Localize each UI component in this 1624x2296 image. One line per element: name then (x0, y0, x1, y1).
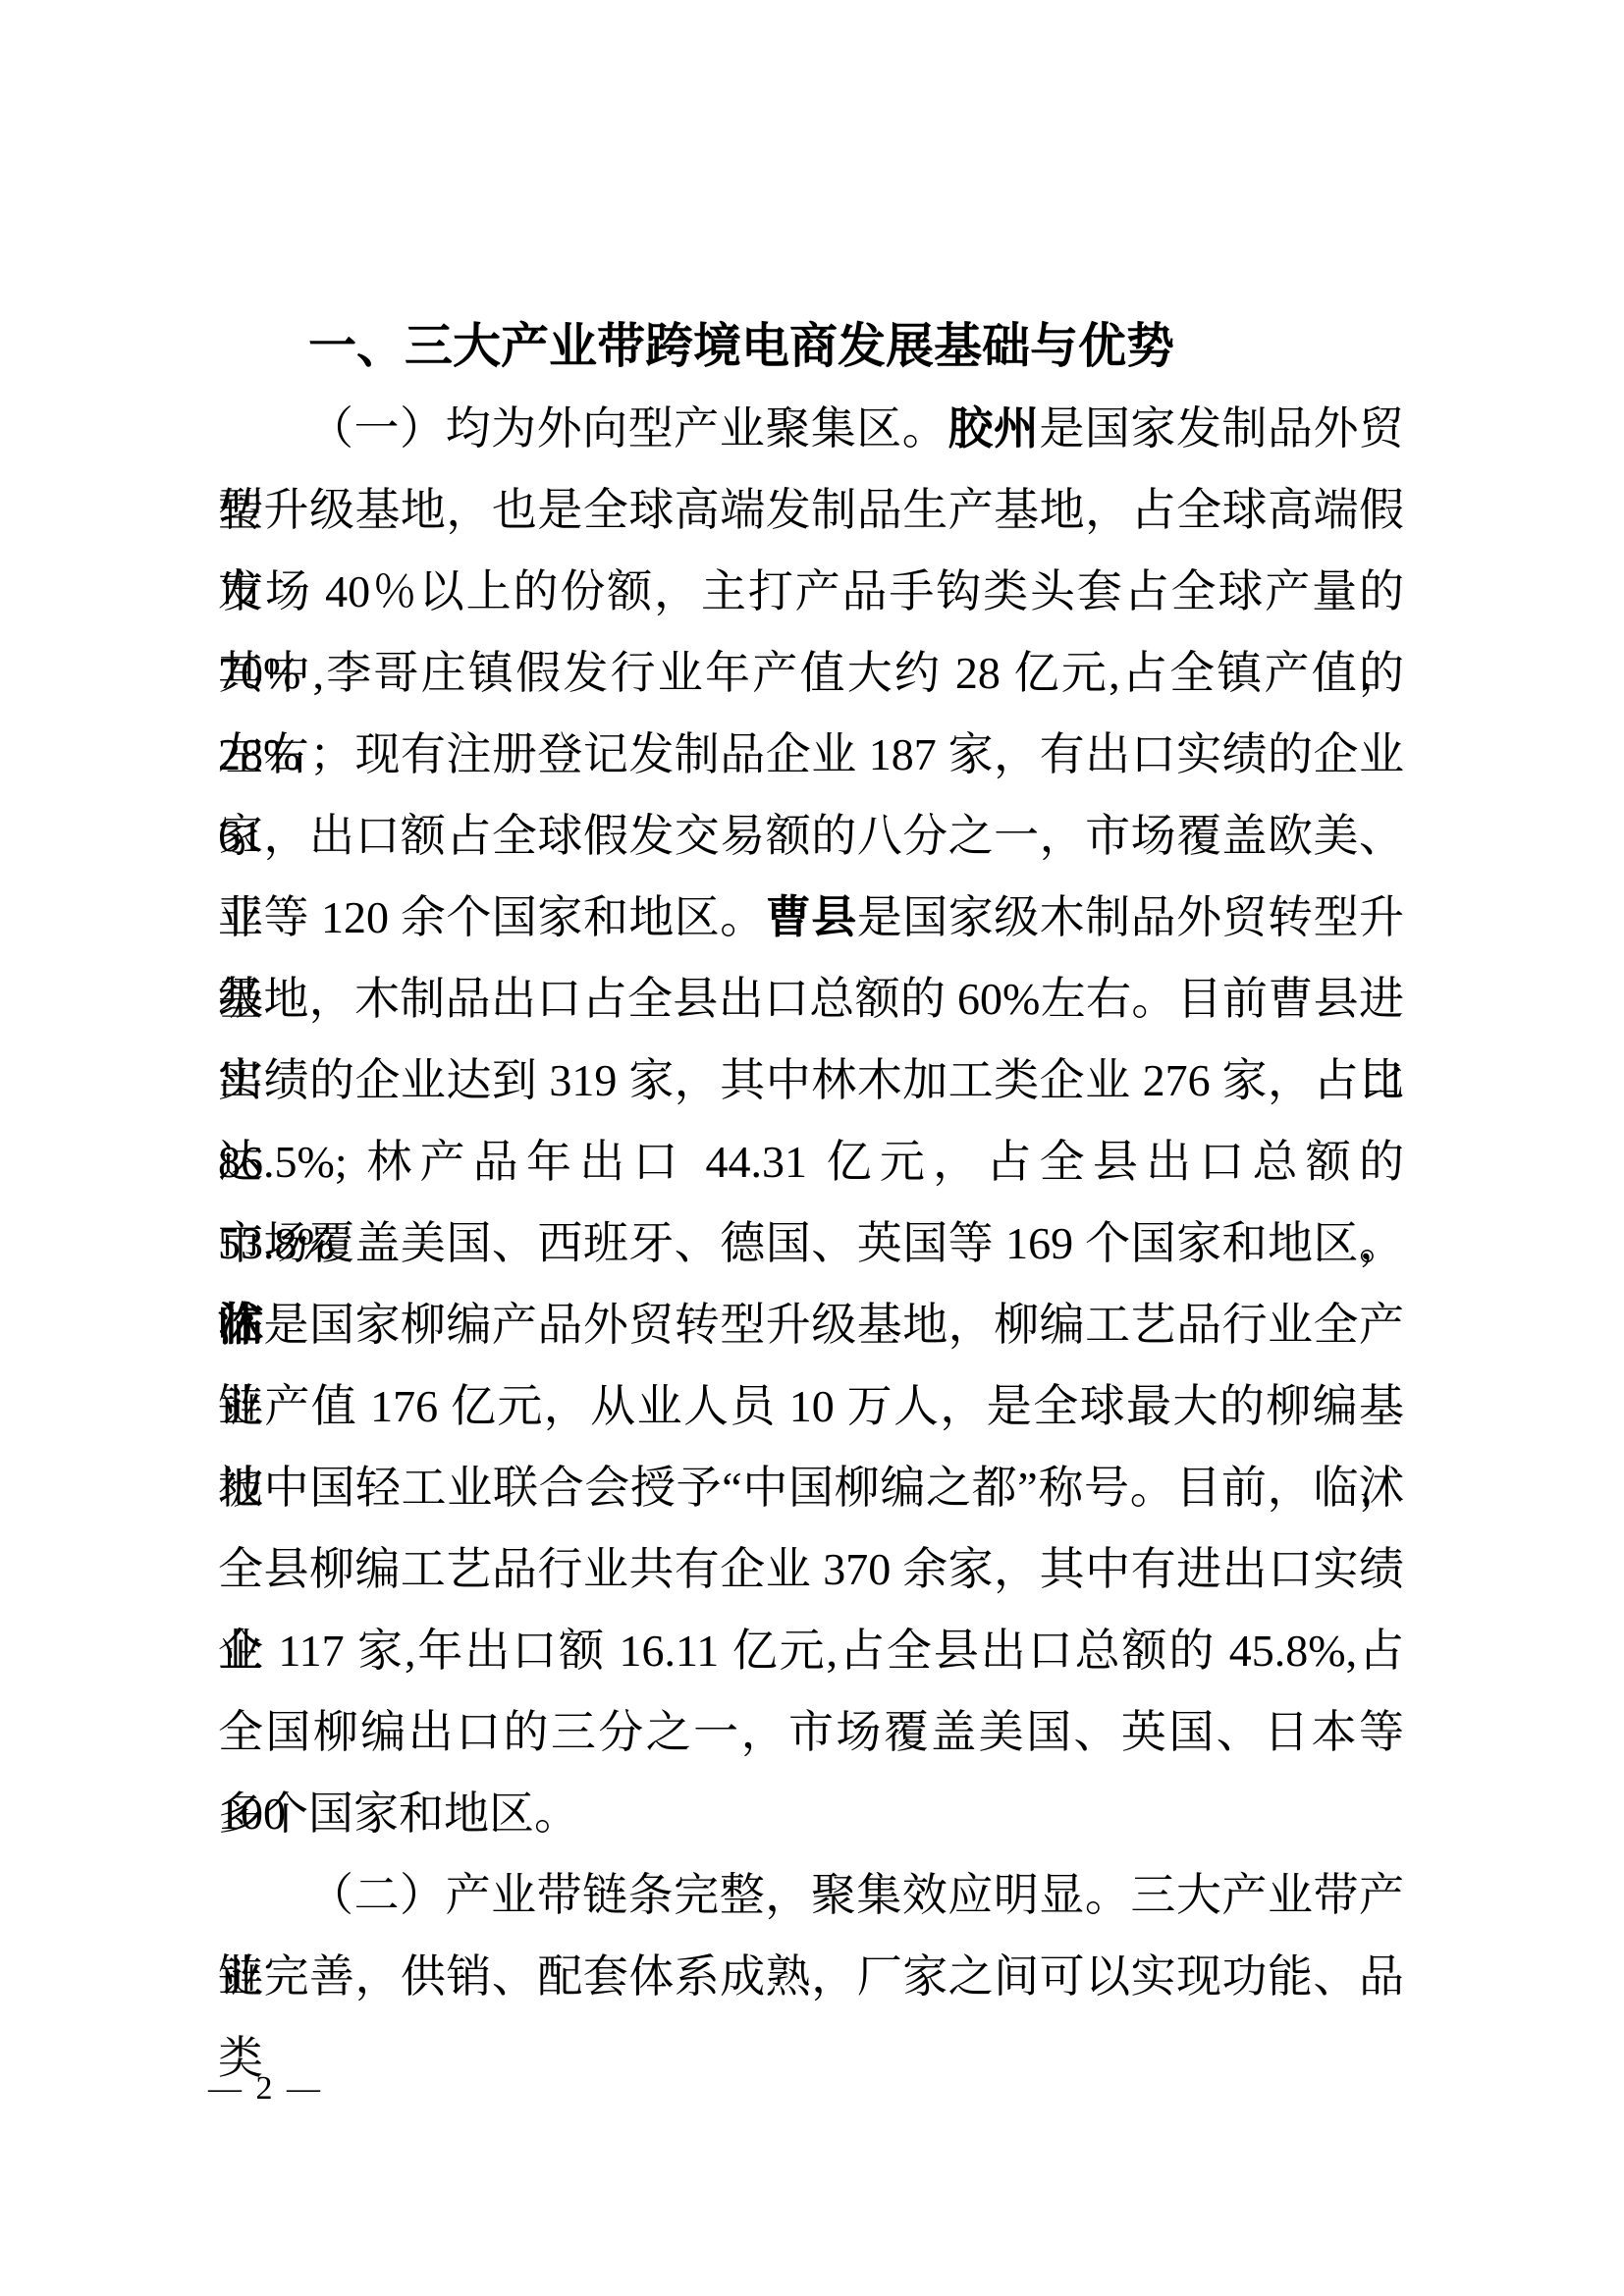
text-line: 实绩的企业达到 319 家，其中林木加工类企业 276 家，占比达 (218, 1040, 1404, 1121)
text-line: 家，出口额占全球假发交易额的八分之一，市场覆盖欧美、亚 (218, 795, 1404, 877)
text-line: 被中国轻工业联合会授予“中国柳编之都”称号。目前，临沭 (218, 1447, 1404, 1528)
text-segment: 业 117 家,年出口额 16.11 亿元,占全县出口总额的 45.8%,占 (218, 1626, 1404, 1676)
text-segment: 市场覆盖美国、西班牙、德国、英国等 169 个国家和地区。 (218, 1218, 1404, 1268)
text-line: 多个国家和地区。 (218, 1773, 1404, 1854)
document-body: 一、三大产业带跨境电商发展基础与优势 （一）均为外向型产业聚集区。胶州是国家发制… (218, 306, 1404, 2017)
text-line: 86.5%; 林产品年出口 44.31 亿元，占全县出口总额的 53.8%， (218, 1121, 1404, 1202)
text-line: 全县柳编工艺品行业共有企业 370 余家，其中有进出口实绩企 (218, 1528, 1404, 1610)
text-segment: 多个国家和地区。 (218, 1789, 579, 1839)
bold-text-segment: 胶州 (947, 402, 1039, 454)
text-line: （一）均为外向型产业聚集区。胶州是国家发制品外贸转 (218, 388, 1404, 469)
body-lines: （一）均为外向型产业聚集区。胶州是国家发制品外贸转型升级基地，也是全球高端发制品… (218, 388, 1404, 2017)
text-line: 全国柳编出口的三分之一，市场覆盖美国、英国、日本等 100 (218, 1691, 1404, 1773)
text-line: 沭是国家柳编产品外贸转型升级基地，柳编工艺品行业全产业 (218, 1284, 1404, 1365)
text-segment: 非等 120 余个国家和地区。 (218, 892, 766, 942)
text-line: （二）产业带链条完整，聚集效应明显。三大产业带产业 (218, 1854, 1404, 1936)
text-line: 市场 40％以上的份额，主打产品手钩类头套占全球产量的 70%， (218, 551, 1404, 632)
document-page: 一、三大产业带跨境电商发展基础与优势 （一）均为外向型产业聚集区。胶州是国家发制… (0, 0, 1624, 2296)
bold-text-segment: 沭 (218, 1299, 263, 1350)
text-line: 左右；现有注册登记发制品企业 187 家，有出口实绩的企业 61 (218, 714, 1404, 795)
text-line: 基地，木制品出口占全县出口总额的 60%左右。目前曹县进出口 (218, 958, 1404, 1040)
text-segment: 被中国轻工业联合会授予“中国柳编之都”称号。目前，临沭 (218, 1463, 1404, 1513)
page-number: — 2 — (208, 2065, 323, 2112)
text-line: 链完善，供销、配套体系成熟，厂家之间可以实现功能、品类 (218, 1936, 1404, 2017)
bold-text-segment: 曹县 (766, 891, 857, 942)
text-line: 业 117 家,年出口额 16.11 亿元,占全县出口总额的 45.8%,占 (218, 1610, 1404, 1691)
section-heading: 一、三大产业带跨境电商发展基础与优势 (218, 306, 1404, 388)
text-line: 非等 120 余个国家和地区。曹县是国家级木制品外贸转型升级 (218, 877, 1404, 958)
text-line: 其中,李哥庄镇假发行业年产值大约 28 亿元,占全镇产值的 28% (218, 632, 1404, 714)
text-segment: （一）均为外向型产业聚集区。 (308, 403, 947, 454)
text-line: 型升级基地，也是全球高端发制品生产基地，占全球高端假发 (218, 469, 1404, 551)
text-line: 链产值 176 亿元，从业人员 10 万人，是全球最大的柳编基地， (218, 1365, 1404, 1447)
text-segment: 链完善，供销、配套体系成熟，厂家之间可以实现功能、品类 (218, 1951, 1404, 2083)
text-line: 市场覆盖美国、西班牙、德国、英国等 169 个国家和地区。临 (218, 1202, 1404, 1284)
